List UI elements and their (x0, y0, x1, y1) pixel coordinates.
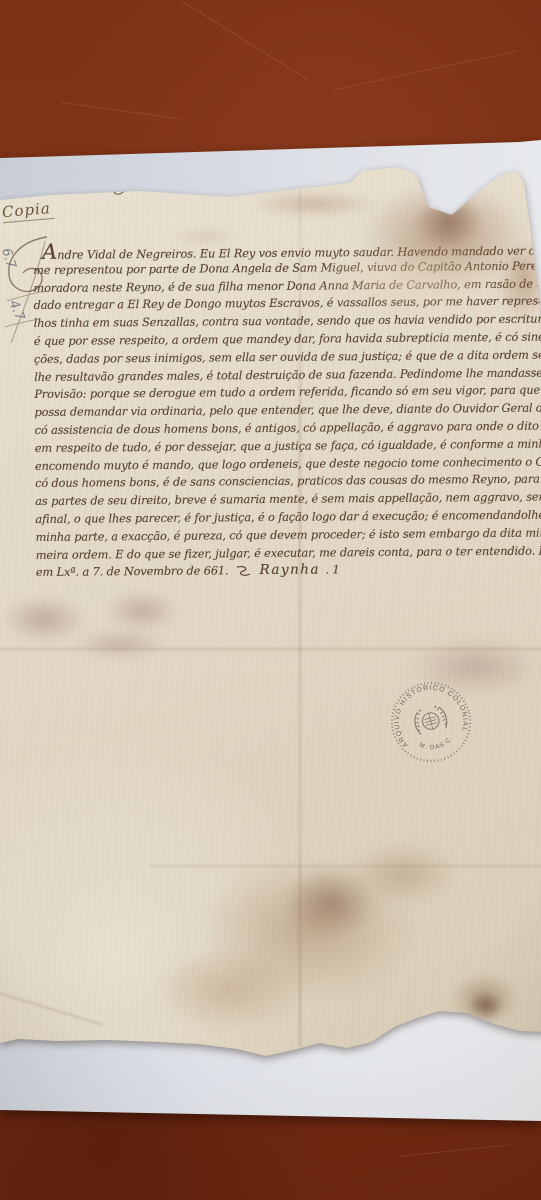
stamp-wreath-emblem (412, 704, 449, 735)
trailing-mark: . 1 (325, 563, 339, 577)
manuscript-page: Copia 6.7 4.7 Andre Vidal de Negreiros. … (0, 165, 541, 1065)
stain (128, 933, 333, 1045)
signature-flourish-icon (235, 565, 251, 577)
stain (0, 588, 100, 650)
stain (93, 583, 191, 639)
stain (330, 833, 475, 915)
corner-crease (0, 992, 104, 1026)
copy-annotation: Copia (1, 199, 54, 223)
stain (58, 623, 183, 665)
queen-signature: Raynha (259, 562, 320, 579)
photograph-of-manuscript: Copia 6.7 4.7 Andre Vidal de Negreiros. … (0, 0, 541, 1200)
stain (268, 855, 393, 950)
letter-text: Andre Vidal de Negreiros. Eu El Rey vos … (33, 240, 541, 583)
ink-tick-mark (112, 189, 126, 199)
closing-line: em Lxª. a 7. de Novembro de 661. Raynha … (36, 560, 541, 582)
stain (228, 185, 398, 223)
stain (463, 988, 509, 1024)
horizontal-fold-crease (150, 865, 541, 867)
stain (165, 837, 450, 1022)
archive-round-stamp: ARQUIVO HISTORICO COLONIAL · M. DAS C. · (381, 672, 480, 771)
ink-flourish-paraph (1, 231, 59, 349)
horizontal-fold-crease (0, 648, 541, 650)
stain (438, 963, 530, 1035)
date-place-line: em Lxª. a 7. de Novembro de 661. (36, 564, 229, 580)
